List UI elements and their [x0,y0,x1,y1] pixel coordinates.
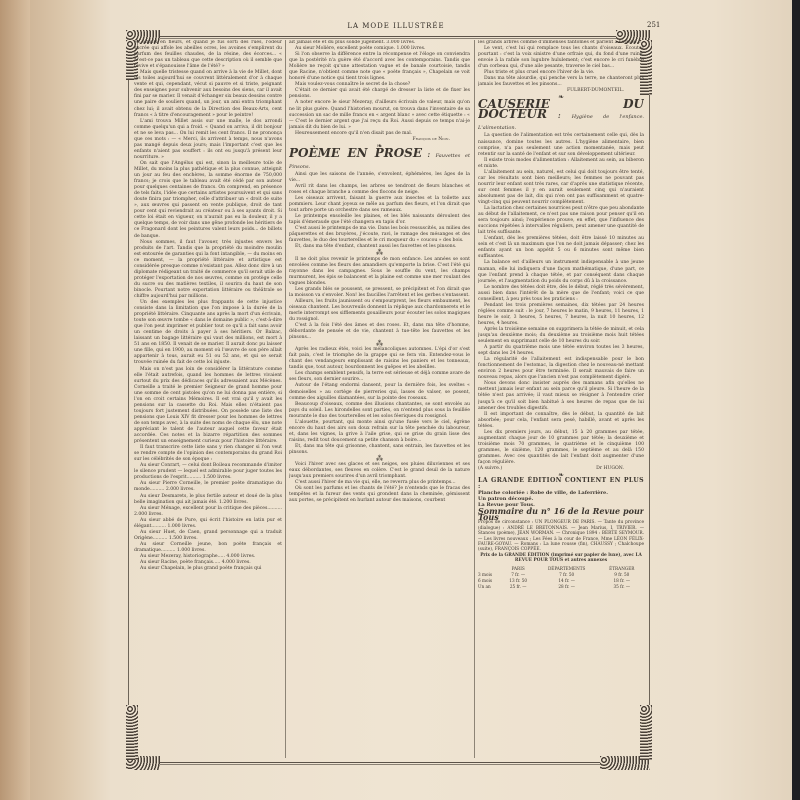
paragraph: Un des exemples les plus frappants de ce… [134,300,282,367]
paragraph: Il existe trois modes d'alimentation : A… [478,158,644,170]
paragraph: L'allaitement au sein, naturel, est celu… [478,170,644,206]
article-column-2: ait jamais été et du plus solide jugemen… [289,40,470,760]
poem-body: Ainsi que les saisons de l'année, s'envo… [289,172,470,505]
pension-entry: Au sieur Pierre Corneille, le premier po… [134,481,282,493]
paragraph: Autour de l'étang endormi dansent, pour … [289,383,470,401]
grande-edition-heading: LA GRANDE ÉDITION CONTIENT EN PLUS : [478,478,644,490]
paragraph: Les oiseaux arrivent, faisant la guerre … [289,196,470,214]
paragraph: Ailleurs, les fruits jaunissent ou s'emp… [289,299,470,323]
pension-entry: Au sieur abbé de Pure, qui écrit l'histo… [134,518,282,530]
pension-entry: Au sieur Huet, de Caen, grand personnage… [134,530,282,542]
paragraph: Pendant les trois premières semaines, di… [478,303,644,327]
paragraph: C'est à la fois l'été des âmes et des ro… [289,323,470,341]
paragraph: Avril rit dans les champs, les arbres se… [289,184,470,196]
paragraph: Mais on n'est pas loin de considérer la … [134,367,282,446]
bottom-rule-thin [160,764,620,765]
paragraph: Les champs semblent pensifs, la terre es… [289,371,470,383]
pension-entry: Au sieur Conrart, — celui dont Boileau r… [134,463,282,481]
section-title-poeme: POÈME EN PROSE : Fauvettes et Pinsons. [289,149,470,172]
paragraph: Si l'on observe la différence entre la r… [289,52,470,82]
paragraph: L'ami trouva Millet assis sur une malle,… [134,119,282,161]
paragraph: Nous sommes, il faut l'avouer, très inju… [134,240,282,300]
section-title-causerie: CAUSERIE DU DOCTEUR : Hygiène de l'enfan… [478,100,644,133]
scan-border [792,0,800,800]
column-divider [474,40,475,758]
pension-entry: Au sieur Desmarets, le plus fertile aute… [134,494,282,506]
price-row: Un an25 fr. —28 fr. —35 fr. — [478,584,644,590]
price-notice: Prix de la GRANDE ÉDITION (imprimé sur p… [478,553,644,564]
paragraph: A noter encore le sieur Mezeray, d'aille… [289,100,470,130]
paragraph: Beaucoup d'oiseaux, comme des illusions … [289,402,470,420]
pension-entry: Au sieur Corneille jeune, bon poète fran… [134,542,282,554]
price-cell: 28 fr. — [534,584,600,590]
paragraph: Ainsi que les saisons de l'année, s'envo… [289,172,470,184]
article-column-1: en amicis en fleurs, et quand je fus sor… [134,40,282,760]
sommaire-heading: Sommaire du n° 16 de la Revue pour Tous [478,508,644,520]
price-cell: Un an [478,584,503,590]
price-cell: 25 fr. — [503,584,534,590]
paragraph: L'enfant, dès les premières tétées, doit… [478,236,644,260]
paragraph: L'alouette, pourtant, qui monte ainsi qu… [289,420,470,444]
paragraph: Où sont les parfums et les chants de l'é… [289,486,470,504]
price-table: PARISDÉPARTEMENTSÉTRANGER 3 mois7 fr. —7… [478,566,644,590]
pension-entry: Au sieur Ménage, excellent pour la criti… [134,506,282,518]
paragraph: Dans ma tête alourdie, qui penche vers l… [478,76,644,88]
paragraph: Il faut transcrire cette liste sans y ri… [134,445,282,463]
article-column-3: les grands arbres comme d'immenses fantô… [478,40,644,760]
paragraph: Mais quelle tristesse quand on arrive à … [134,70,282,118]
causerie-body: La question de l'alimentation est très c… [478,133,644,466]
paragraph: Nous devons donc insister auprès des mam… [478,381,644,411]
paragraph: A partir du quatrième mois une tétée env… [478,345,644,357]
paragraph: C'est aussi le printemps de ma vie. Dans… [289,226,470,244]
paragraph: Il ne doit plus revenir le printemps de … [289,257,470,287]
paragraph: La régularité de l'allaitement est indis… [478,357,644,381]
paragraph: C'était ce dernier qui avait été chargé … [289,88,470,100]
page-spine-shadow [0,0,30,800]
pension-list: Au sieur Conrart, — celui dont Boileau r… [134,463,282,572]
paragraph: Les dix premiers jours, au début, 15 à 2… [478,430,644,466]
page-number: 251 [647,21,660,29]
paragraph: Voici l'hiver avec ses glaces et ses nei… [289,462,470,480]
paragraph: Après les radieux étés, voici les mélanc… [289,347,470,371]
paragraph: La question de l'alimentation est très c… [478,133,644,157]
price-cell: 35 fr. — [600,584,644,590]
paragraph: Après la troisième semaine on supprimera… [478,327,644,345]
masthead-title: LA MODE ILLUSTRÉE [0,22,792,30]
column-divider [285,40,286,758]
paragraph: La balance est d'ailleurs un instrument … [478,260,644,284]
paragraph: Le nombre des tétées doit être, dès le d… [478,285,644,303]
paragraph: en amicis en fleurs, et quand je fus sor… [134,40,282,70]
paragraph: Les grands blés se poussent, se pressent… [289,287,470,299]
paragraph: On sait que l'Angélus qui est, sinon la … [134,161,282,240]
paragraph: La lactation chez certaines nourrices pe… [478,206,644,236]
paragraph: Il est important de connaître, dès le dé… [478,412,644,430]
sommaire-contents: Propos de circonstance : UN PLONGEUR DE … [478,520,644,552]
paragraph: Le printemps ensoleille les plaines, et … [289,214,470,226]
magazine-page: LA MODE ILLUSTRÉE 251 en amicis en fleur… [0,0,792,800]
pension-entry: Au sieur Chapelain, le plus grand poète … [134,566,282,572]
paragraph: Le vent, c'est lui qui remplace tous les… [478,46,644,70]
